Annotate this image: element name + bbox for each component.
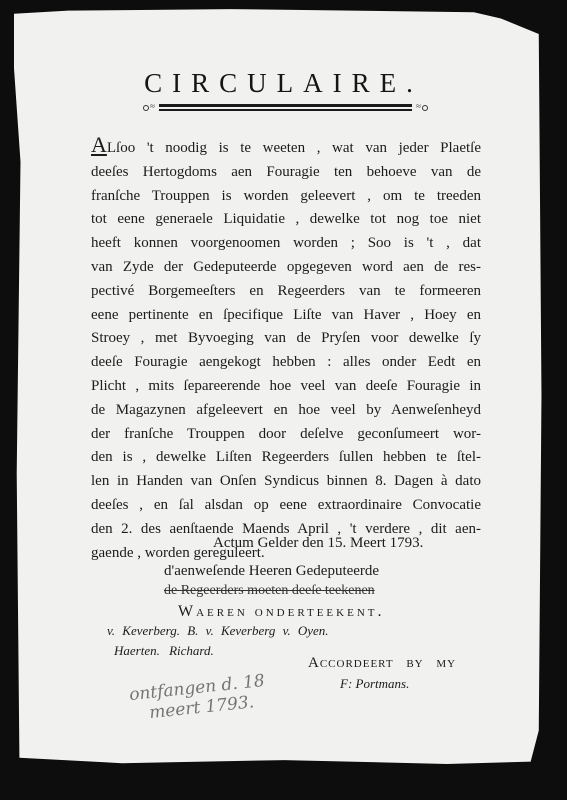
body-line: der franſche Trouppen door deſelve gecon… [91,423,481,447]
body-line: van Zyde der Gedeputeerde opgegeven word… [91,256,481,280]
circular-body-text: ALſoo 't noodig is te weeten , wat van j… [91,133,481,565]
body-line: ALſoo 't noodig is te weeten , wat van j… [91,133,481,161]
struck-through-line: de Regeerders moeten deeſe teekenen [164,583,375,599]
body-line: de Magazynen afgeleevert en hoe veel by … [91,399,481,423]
title-ornamental-rule: ≈ ≈ [143,103,428,113]
body-line: pectivé Borgemeeſters en Regeerders van … [91,280,481,304]
signatories-line-1: v. Keverberg. B. v. Keverberg v. Oyen. [107,623,329,639]
present-deputies-line: d'aenweſende Heeren Gedeputeerde [164,563,379,580]
date-line: Actum Gelder den 15. Meert 1793. [213,535,423,552]
signed-heading: Waeren onderteekent. [178,603,384,621]
body-line: deeſes Hertogdoms aen Fouragie ten behoe… [91,161,481,185]
body-line: den is , dewelke Liſten Regeerders ſulle… [91,446,481,470]
body-line: eene pertinente en ſpecifique Liſte van … [91,304,481,328]
ornament-left: ≈ [150,101,155,111]
drop-cap: A [91,132,107,157]
accordeert-line: Accordeert by my [308,655,456,672]
ornament-right: ≈ [416,101,421,111]
rule-dot-right [422,105,428,111]
body-line: heeft konnen voorgenoomen worden ; Soo i… [91,232,481,256]
attester-signature: F: Portmans. [340,676,409,692]
signatories-line-2: Haerten. Richard. [114,643,214,659]
body-line: deeſes , en ſal alsdan op eene extraordi… [91,494,481,518]
body-line: franſche Trouppen is worden geleevert , … [91,185,481,209]
rule-dot-left [143,105,149,111]
body-line: tot eene generaele Liquidatie , dewelke … [91,208,481,232]
body-line: deeſe Fouragie aengekogt hebben : alles … [91,351,481,375]
body-line: Stroey , met Byvoeging van de Pryſen voo… [91,327,481,351]
body-line: Plicht , mits ſepareerende hoe veel van … [91,375,481,399]
document-title: CIRCULAIRE. [0,68,567,99]
body-line: len in Handen van Onſen Syndicus binnen … [91,470,481,494]
